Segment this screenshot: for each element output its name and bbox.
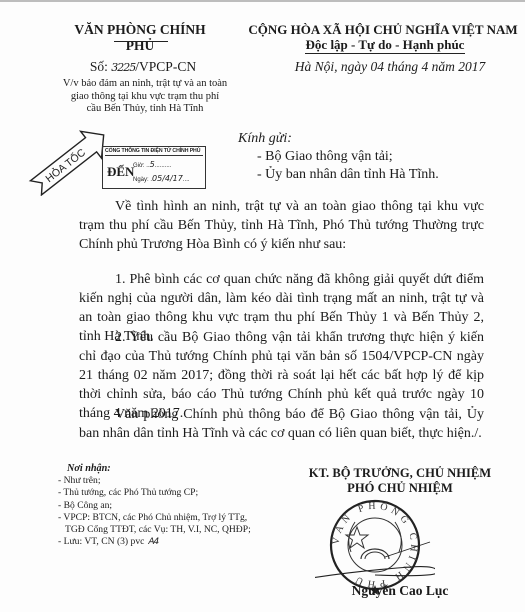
signer-name: Nguyễn Cao Lục [345, 583, 455, 599]
distribution-item-text: - Lưu: VT, CN (3) pvc [58, 536, 144, 547]
scan-top-edge [0, 0, 525, 2]
arrow-icon: HỎA TỐC [28, 128, 110, 196]
handwritten-initials: A4 [148, 537, 158, 547]
signatory-title-line: KT. BỘ TRƯỞNG, CHỦ NHIỆM [285, 466, 515, 481]
seal-icon: VĂN PHÒNG CHÍNH PHỦ [315, 497, 435, 597]
received-stamp-header: CỔNG THÔNG TIN ĐIỆN TỬ CHÍNH PHỦ [105, 148, 203, 156]
signatory-title-line: PHÓ CHỦ NHIỆM [285, 481, 515, 496]
agency-underline [114, 41, 168, 42]
addressee-label: Kính gửi: [238, 131, 292, 147]
national-motto: Độc lập - Tự do - Hạnh phúc [290, 37, 480, 53]
distribution-list: Nơi nhận: - Như trên; - Thủ tướng, các P… [58, 463, 251, 548]
paragraph-text: Về tình hình an ninh, trật tự và an toàn… [79, 197, 484, 254]
document-number: Số: 3225/VPCP-CN [48, 59, 238, 75]
motto-underline [305, 53, 465, 54]
dateline: Hà Nội, ngày 04 tháng 4 năm 2017 [275, 59, 505, 75]
received-stamp: CỔNG THÔNG TIN ĐIỆN TỬ CHÍNH PHỦ ĐẾN Giờ… [102, 146, 206, 189]
distribution-item: - Lưu: VT, CN (3) pvcA4 [58, 536, 251, 548]
paragraph-text: Văn phòng Chính phủ thông báo để Bộ Giao… [79, 405, 484, 443]
subject-line: cầu Bến Thủy, tỉnh Hà Tĩnh [40, 103, 250, 116]
distribution-item: - Thủ tướng, các Phó Thủ tướng CP; [58, 487, 251, 499]
distribution-item: - Bộ Công an; [58, 500, 251, 512]
date-label: Ngày: [133, 177, 150, 183]
received-date: Ngày: .05/4/17.... [133, 174, 190, 183]
distribution-item: - VPCP: BTCN, các Phó Chủ nhiệm, Trợ lý … [58, 512, 251, 524]
urgent-arrow-stamp: HỎA TỐC [28, 128, 110, 196]
time-value: 5 [150, 160, 155, 169]
doc-number-prefix: Số: [90, 59, 111, 74]
svg-text:HỎA TỐC: HỎA TỐC [42, 145, 88, 185]
doc-number-suffix: /VPCP-CN [135, 59, 196, 74]
distribution-title: Nơi nhận: [67, 463, 251, 475]
body-paragraph-intro: Về tình hình an ninh, trật tự và an toàn… [79, 197, 484, 254]
issuing-agency: VĂN PHÒNG CHÍNH PHỦ [60, 22, 220, 54]
date-value: 05/4/17 [152, 174, 183, 183]
received-label: ĐẾN [107, 164, 134, 180]
signatory-title: KT. BỘ TRƯỞNG, CHỦ NHIỆM PHÓ CHỦ NHIỆM [285, 466, 515, 496]
national-title: CỘNG HÒA XÃ HỘI CHỦ NGHĨA VIỆT NAM [238, 22, 525, 38]
time-label: Giờ: [133, 163, 146, 169]
body-paragraph-closing: Văn phòng Chính phủ thông báo để Bộ Giao… [79, 405, 484, 443]
subject-line: V/v bảo đảm an ninh, trật tự và an toàn [40, 78, 250, 91]
doc-number-handwritten: 3225 [111, 61, 135, 74]
distribution-item: TGĐ Cổng TTĐT, các Vụ: TH, V.I, NC, QHĐP… [58, 524, 251, 536]
subject-line: giao thông tại khu vực trạm thu phí [40, 91, 250, 104]
document-subject: V/v bảo đảm an ninh, trật tự và an toàn … [40, 78, 250, 116]
recipient-list: - Bộ Giao thông vận tải; - Ủy ban nhân d… [257, 148, 439, 183]
recipient-item: - Ủy ban nhân dân tỉnh Hà Tĩnh. [257, 166, 439, 184]
distribution-item: - Như trên; [58, 475, 251, 487]
recipient-item: - Bộ Giao thông vận tải; [257, 148, 439, 166]
official-seal: VĂN PHÒNG CHÍNH PHỦ [315, 497, 435, 597]
received-time: Giờ: ..5.......... [133, 160, 171, 169]
